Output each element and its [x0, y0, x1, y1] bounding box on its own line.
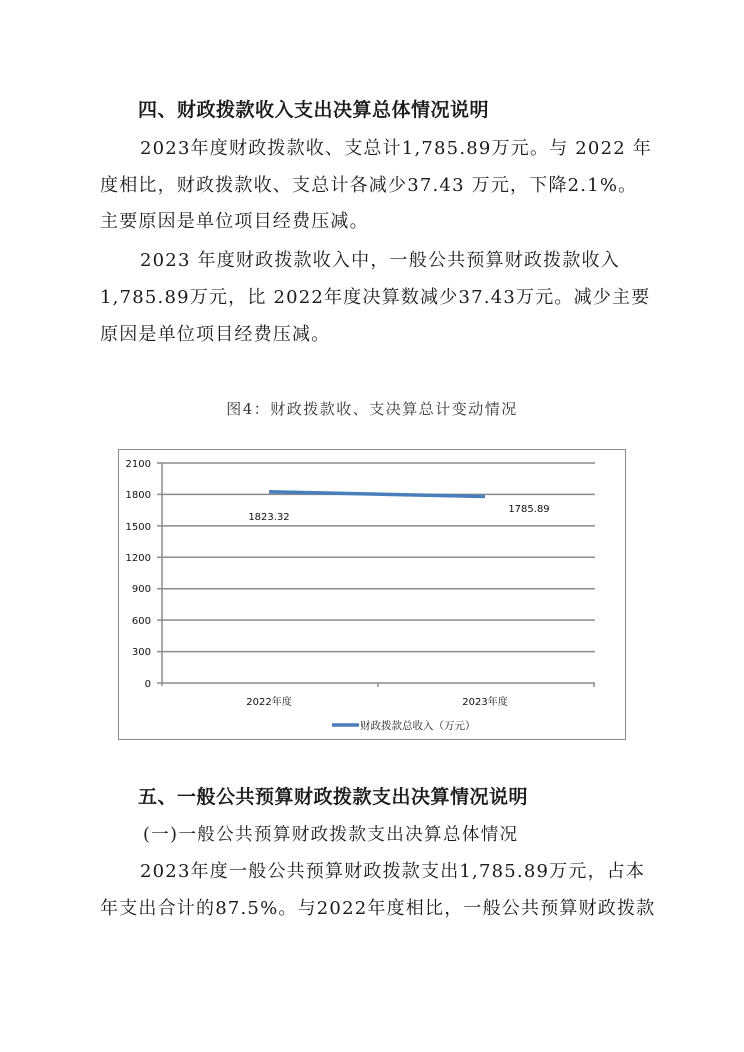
text-line: 原因是单位项目经费压减。: [100, 320, 660, 346]
text-line: 2023 年度财政拨款收入中，一般公共预算财政拨款收入: [140, 246, 700, 272]
gridlines: [157, 463, 595, 683]
legend: 财政拨款总收入（万元）: [332, 719, 476, 732]
y-tick-label: 2100: [126, 459, 151, 470]
text-line: 2023年度一般公共预算财政拨款支出1,785.89万元，占本: [140, 857, 700, 883]
data-label: 1785.89: [508, 504, 549, 515]
x-tick-labels: 2022年度 2023年度: [246, 695, 507, 708]
y-tick-labels: 2100 1800 1500 1200 900 600 300 0: [126, 459, 151, 690]
legend-label: 财政拨款总收入（万元）: [360, 719, 476, 732]
y-tick-label: 1800: [126, 490, 151, 501]
chart-canvas: 2100 1800 1500 1200 900 600 300 0 1823.3…: [119, 450, 627, 741]
y-tick-label: 900: [132, 584, 151, 595]
section-4-heading: 四、财政拨款收入支出决算总体情况说明: [138, 95, 489, 122]
data-labels: 1823.32 1785.89: [248, 504, 549, 523]
y-tick-label: 600: [132, 616, 151, 627]
line-chart: 2100 1800 1500 1200 900 600 300 0 1823.3…: [118, 449, 626, 740]
data-label: 1823.32: [248, 512, 289, 523]
figure-caption: 图4：财政拨款收、支决算总计变动情况: [0, 398, 744, 419]
text-line: 主要原因是单位项目经费压减。: [100, 207, 660, 233]
section-5-heading: 五、一般公共预算财政拨款支出决算情况说明: [138, 782, 528, 809]
series-line: [269, 492, 485, 497]
section-5-subheading: (一)一般公共预算财政拨款支出决算总体情况: [143, 821, 519, 846]
text-line: 2023年度财政拨款收、支总计1,785.89万元。与 2022 年: [140, 134, 700, 160]
x-tick-label: 2023年度: [462, 695, 507, 708]
x-tick-label: 2022年度: [246, 695, 291, 708]
y-tick-label: 1500: [126, 522, 151, 533]
text-line: 1,785.89万元，比 2022年度决算数减少37.43万元。减少主要: [100, 283, 660, 309]
text-line: 度相比，财政拨款收、支总计各减少37.43 万元，下降2.1%。: [100, 171, 660, 197]
y-tick-label: 0: [145, 679, 151, 690]
y-tick-label: 300: [132, 647, 151, 658]
text-line: 年支出合计的87.5%。与2022年度相比，一般公共预算财政拨款: [100, 894, 660, 920]
y-tick-label: 1200: [126, 553, 151, 564]
